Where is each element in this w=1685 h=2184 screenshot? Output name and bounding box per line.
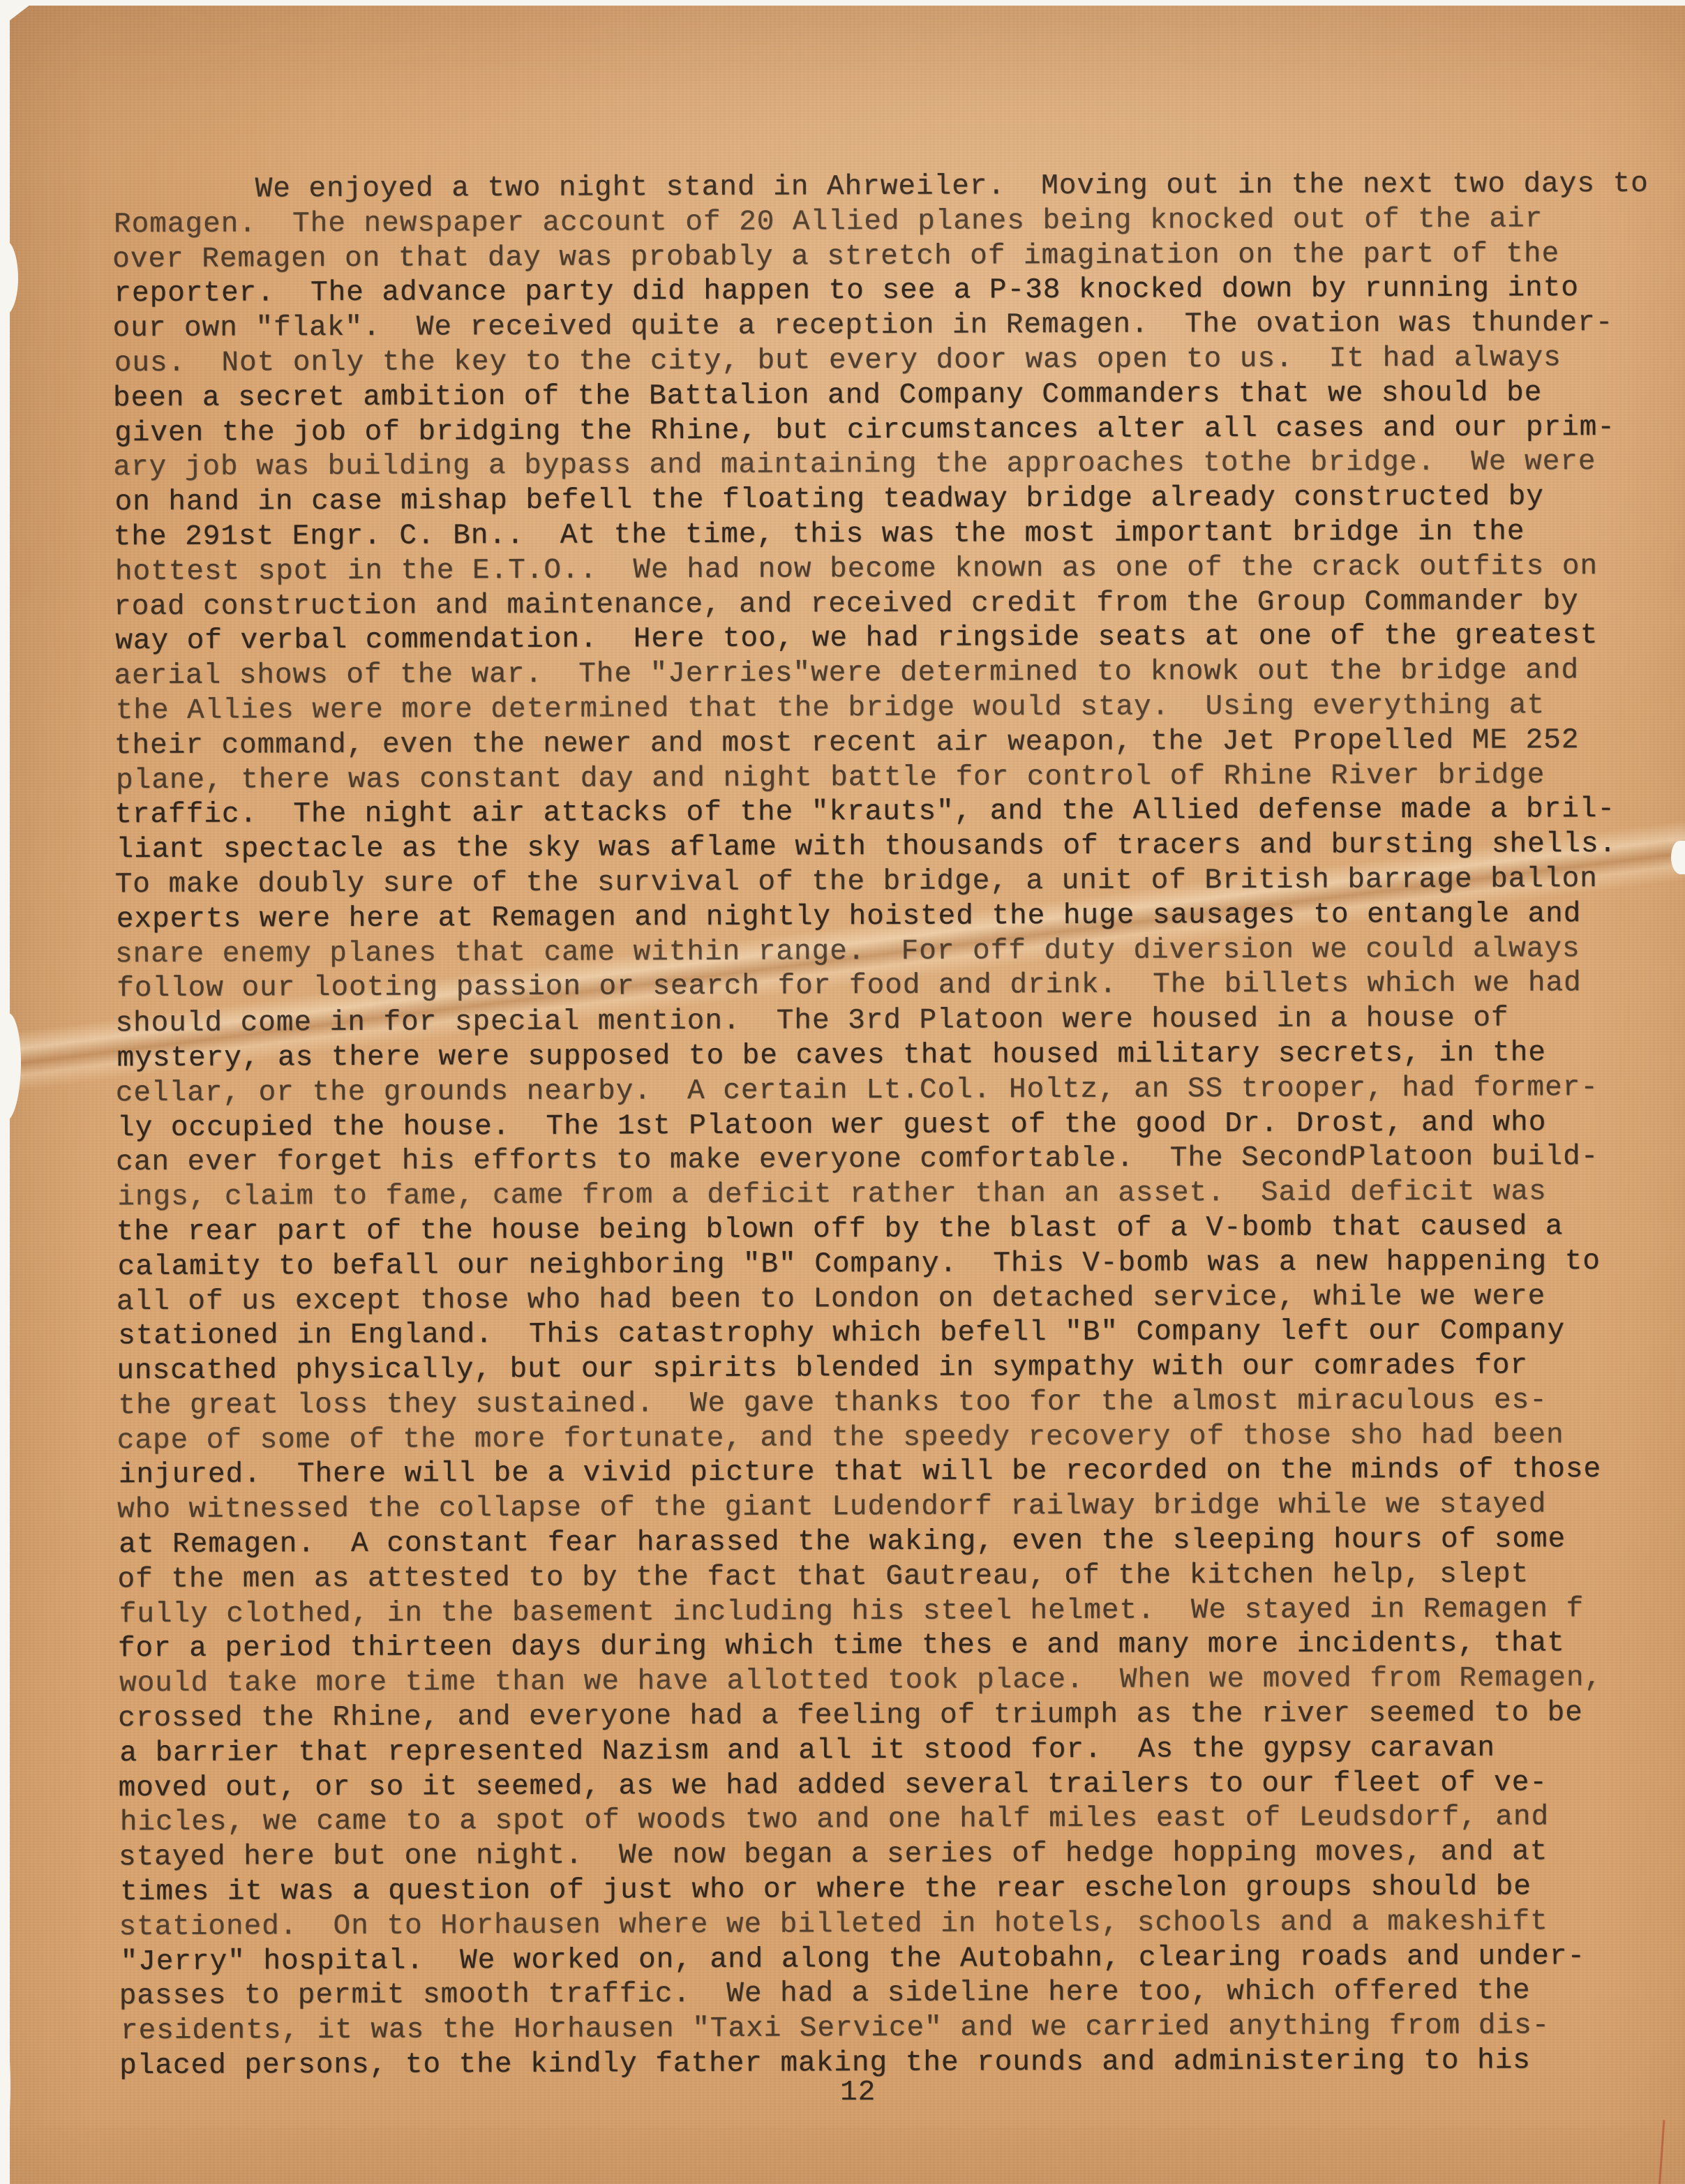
scanned-page: We enjoyed a two night stand in Ahrweile… bbox=[0, 0, 1685, 2184]
text-line: can ever forget his efforts to make ever… bbox=[116, 1140, 1651, 1181]
text-line: their command, even the newer and most r… bbox=[114, 724, 1649, 764]
text-line: cellar, or the grounds nearby. A certain… bbox=[116, 1070, 1651, 1111]
text-line: moved out, or so it seemed, as we had ad… bbox=[119, 1765, 1654, 1806]
text-line: at Remagen. A constant fear harassed the… bbox=[119, 1523, 1654, 1563]
text-line: We enjoyed a two night stand in Ahrweile… bbox=[112, 167, 1647, 208]
text-line: a barrier that represented Nazism and al… bbox=[119, 1731, 1654, 1772]
text-line: way of verbal commendation. Here too, we… bbox=[115, 619, 1650, 659]
text-line: Romagen. The newspaper account of 20 All… bbox=[114, 202, 1649, 243]
text-line: plane, there was constant day and night … bbox=[116, 758, 1651, 798]
text-line: residents, it was the Horhausen "Taxi Se… bbox=[121, 2009, 1656, 2049]
text-line: ings, claim to fame, came from a deficit… bbox=[117, 1175, 1652, 1216]
text-line: fully clothed, in the basement including… bbox=[119, 1592, 1654, 1632]
text-line: times it was a question of just who or w… bbox=[120, 1870, 1655, 1910]
text-line: given the job of bridging the Rhine, but… bbox=[114, 410, 1649, 451]
text-line: "Jerry" hospital. We worked on, and alon… bbox=[121, 1939, 1656, 1980]
text-line: cape of some of the more fortunate, and … bbox=[117, 1418, 1652, 1458]
text-line: the rear part of the house being blown o… bbox=[116, 1210, 1651, 1250]
text-line: the Allies were more determined that the… bbox=[116, 689, 1651, 729]
text-line: ary job was building a bypass and mainta… bbox=[113, 445, 1648, 486]
text-line: of the men as attested to by the fact th… bbox=[117, 1557, 1652, 1598]
torn-edge-notch bbox=[0, 2024, 10, 2149]
typewritten-text: We enjoyed a two night stand in Ahrweile… bbox=[112, 167, 1655, 2084]
text-line: reporter. The advance party did happen t… bbox=[114, 271, 1649, 312]
text-line: mystery, as there were supposed to be ca… bbox=[117, 1036, 1652, 1077]
text-line: stationed in England. This catastrophy w… bbox=[118, 1314, 1653, 1354]
text-line: stayed here but one night. We now began … bbox=[119, 1835, 1654, 1876]
text-line: passes to permit smooth traffic. We had … bbox=[119, 1974, 1654, 2014]
text-line: stationed. On to Horhausen where we bill… bbox=[119, 1905, 1654, 1945]
text-line: injured. There will be a vivid picture t… bbox=[119, 1453, 1654, 1493]
text-line: liant spectacle as the sky was aflame wi… bbox=[116, 828, 1651, 868]
text-line: To make doubly sure of the survival of t… bbox=[115, 862, 1650, 903]
text-line: snare enemy planes that came within rang… bbox=[115, 932, 1650, 972]
text-line: on hand in case mishap befell the floati… bbox=[114, 480, 1649, 521]
text-line: who witnessed the collapse of the giant … bbox=[117, 1488, 1652, 1528]
text-line: the 291st Engr. C. Bn.. At the time, thi… bbox=[114, 515, 1649, 555]
text-line: our own "flak". We received quite a rece… bbox=[113, 306, 1648, 347]
text-line: calamity to befall our neighboring "B" C… bbox=[118, 1244, 1653, 1285]
text-line: ly occupied the house. The 1st Platoon w… bbox=[117, 1105, 1652, 1146]
text-line: unscathed physically, but our spirits bl… bbox=[117, 1349, 1652, 1389]
text-line: should come in for special mention. The … bbox=[115, 1001, 1650, 1042]
text-line: follow our looting passion or search for… bbox=[117, 966, 1652, 1007]
text-line: placed persons, to the kindly father mak… bbox=[119, 2044, 1654, 2084]
page-number: 12 bbox=[840, 2077, 876, 2109]
text-line: hottest spot in the E.T.O.. We had now b… bbox=[115, 550, 1650, 590]
torn-edge-notch bbox=[0, 656, 8, 712]
paper-sheet: We enjoyed a two night stand in Ahrweile… bbox=[10, 6, 1685, 2184]
red-pen-mark bbox=[1658, 2120, 1665, 2184]
text-line: aerial shows of the war. The "Jerries"we… bbox=[114, 654, 1649, 694]
text-line: ous. Not only the key to the city, but e… bbox=[114, 341, 1649, 382]
text-line: experts were here at Remagen and nightly… bbox=[117, 897, 1652, 938]
text-line: been a secret ambition of the Battalion … bbox=[113, 376, 1648, 417]
text-line: hicles, we came to a spot of woods two a… bbox=[120, 1800, 1655, 1841]
text-line: the great loss they sustained. We gave t… bbox=[118, 1384, 1653, 1424]
text-line: traffic. The night air attacks of the "k… bbox=[114, 793, 1649, 833]
text-line: road construction and maintenance, and r… bbox=[114, 584, 1649, 624]
text-line: for a period thirteen days during which … bbox=[118, 1626, 1653, 1667]
text-line: crossed the Rhine, and everyone had a fe… bbox=[118, 1696, 1653, 1737]
text-line: all of us except those who had been to L… bbox=[117, 1279, 1652, 1319]
text-line: over Remagen on that day was probably a … bbox=[112, 237, 1647, 277]
text-line: would take more time than we have allott… bbox=[119, 1661, 1654, 1702]
